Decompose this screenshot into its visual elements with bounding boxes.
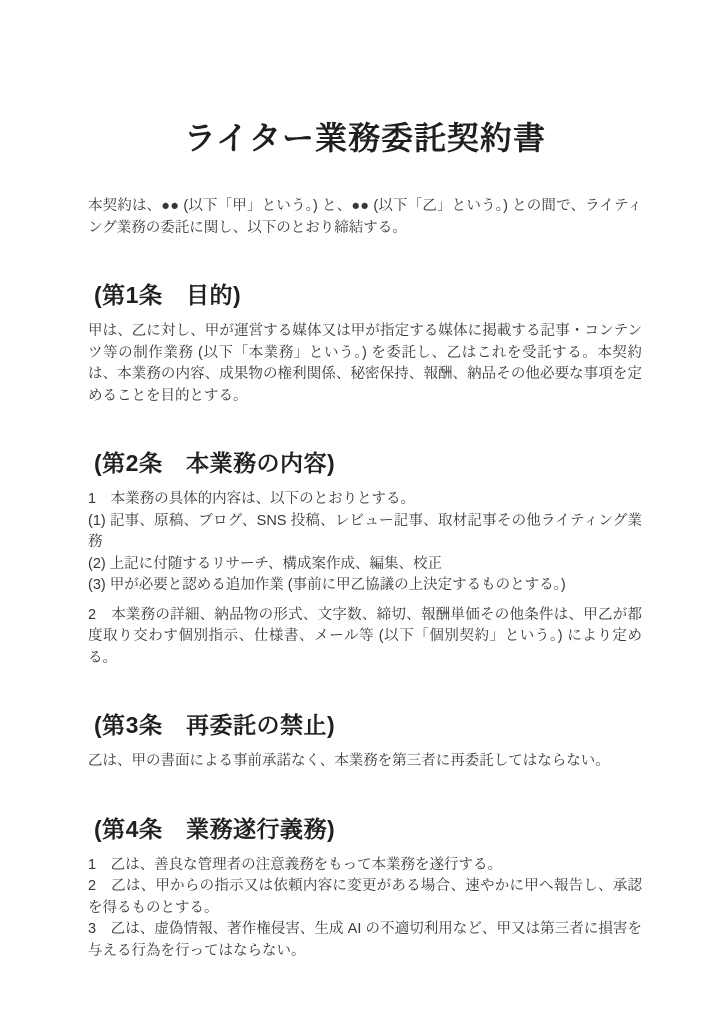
- document-title: ライター業務委託契約書: [88, 118, 642, 158]
- section-heading: (第3条 再委託の禁止): [94, 709, 642, 741]
- contract-section: (第3条 再委託の禁止)乙は、甲の書面による事前承諾なく、本業務を第三者に再委託…: [88, 709, 642, 773]
- sections-container: (第1条 目的)甲は、乙に対し、甲が運営する媒体又は甲が指定する媒体に掲載する記…: [88, 279, 642, 962]
- paragraph-line: 3 乙は、虚偽情報、著作権侵害、生成 AI の不適切利用など、甲又は第三者に損害…: [88, 919, 642, 962]
- section-heading: (第4条 業務遂行義務): [94, 813, 642, 845]
- paragraph-line: 1 乙は、善良な管理者の注意義務をもって本業務を遂行する。: [88, 855, 642, 877]
- paragraph-group: 甲は、乙に対し、甲が運営する媒体又は甲が指定する媒体に掲載する記事・コンテンツ等…: [88, 321, 642, 407]
- paragraph-line: (2) 上記に付随するリサーチ、構成案作成、編集、校正: [88, 554, 642, 576]
- paragraph-group: 乙は、甲の書面による事前承諾なく、本業務を第三者に再委託してはならない。: [88, 751, 642, 773]
- section-heading: (第2条 本業務の内容): [94, 447, 642, 479]
- contract-document-page: ライター業務委託契約書 本契約は、●● (以下「甲」という。) と、●● (以下…: [0, 0, 724, 1024]
- paragraph-group: 2 本業務の詳細、納品物の形式、文字数、締切、報酬単価その他条件は、甲乙が都度取…: [88, 605, 642, 670]
- paragraph-line: 甲は、乙に対し、甲が運営する媒体又は甲が指定する媒体に掲載する記事・コンテンツ等…: [88, 321, 642, 407]
- paragraph-line: 乙は、甲の書面による事前承諾なく、本業務を第三者に再委託してはならない。: [88, 751, 642, 773]
- paragraph-line: (3) 甲が必要と認める追加作業 (事前に甲乙協議の上決定するものとする。): [88, 575, 642, 597]
- intro-paragraph: 本契約は、●● (以下「甲」という。) と、●● (以下「乙」という。) との間…: [88, 196, 642, 239]
- paragraph-line: 2 乙は、甲からの指示又は依頼内容に変更がある場合、速やかに甲へ報告し、承認を得…: [88, 876, 642, 919]
- contract-section: (第1条 目的)甲は、乙に対し、甲が運営する媒体又は甲が指定する媒体に掲載する記…: [88, 279, 642, 407]
- paragraph-line: (1) 記事、原稿、ブログ、SNS 投稿、レビュー記事、取材記事その他ライティン…: [88, 511, 642, 554]
- paragraph-group: 1 本業務の具体的内容は、以下のとおりとする。(1) 記事、原稿、ブログ、SNS…: [88, 489, 642, 597]
- paragraph-line: 1 本業務の具体的内容は、以下のとおりとする。: [88, 489, 642, 511]
- section-heading: (第1条 目的): [94, 279, 642, 311]
- contract-section: (第4条 業務遂行義務)1 乙は、善良な管理者の注意義務をもって本業務を遂行する…: [88, 813, 642, 963]
- contract-section: (第2条 本業務の内容)1 本業務の具体的内容は、以下のとおりとする。(1) 記…: [88, 447, 642, 669]
- paragraph-line: 2 本業務の詳細、納品物の形式、文字数、締切、報酬単価その他条件は、甲乙が都度取…: [88, 605, 642, 670]
- paragraph-group: 1 乙は、善良な管理者の注意義務をもって本業務を遂行する。2 乙は、甲からの指示…: [88, 855, 642, 963]
